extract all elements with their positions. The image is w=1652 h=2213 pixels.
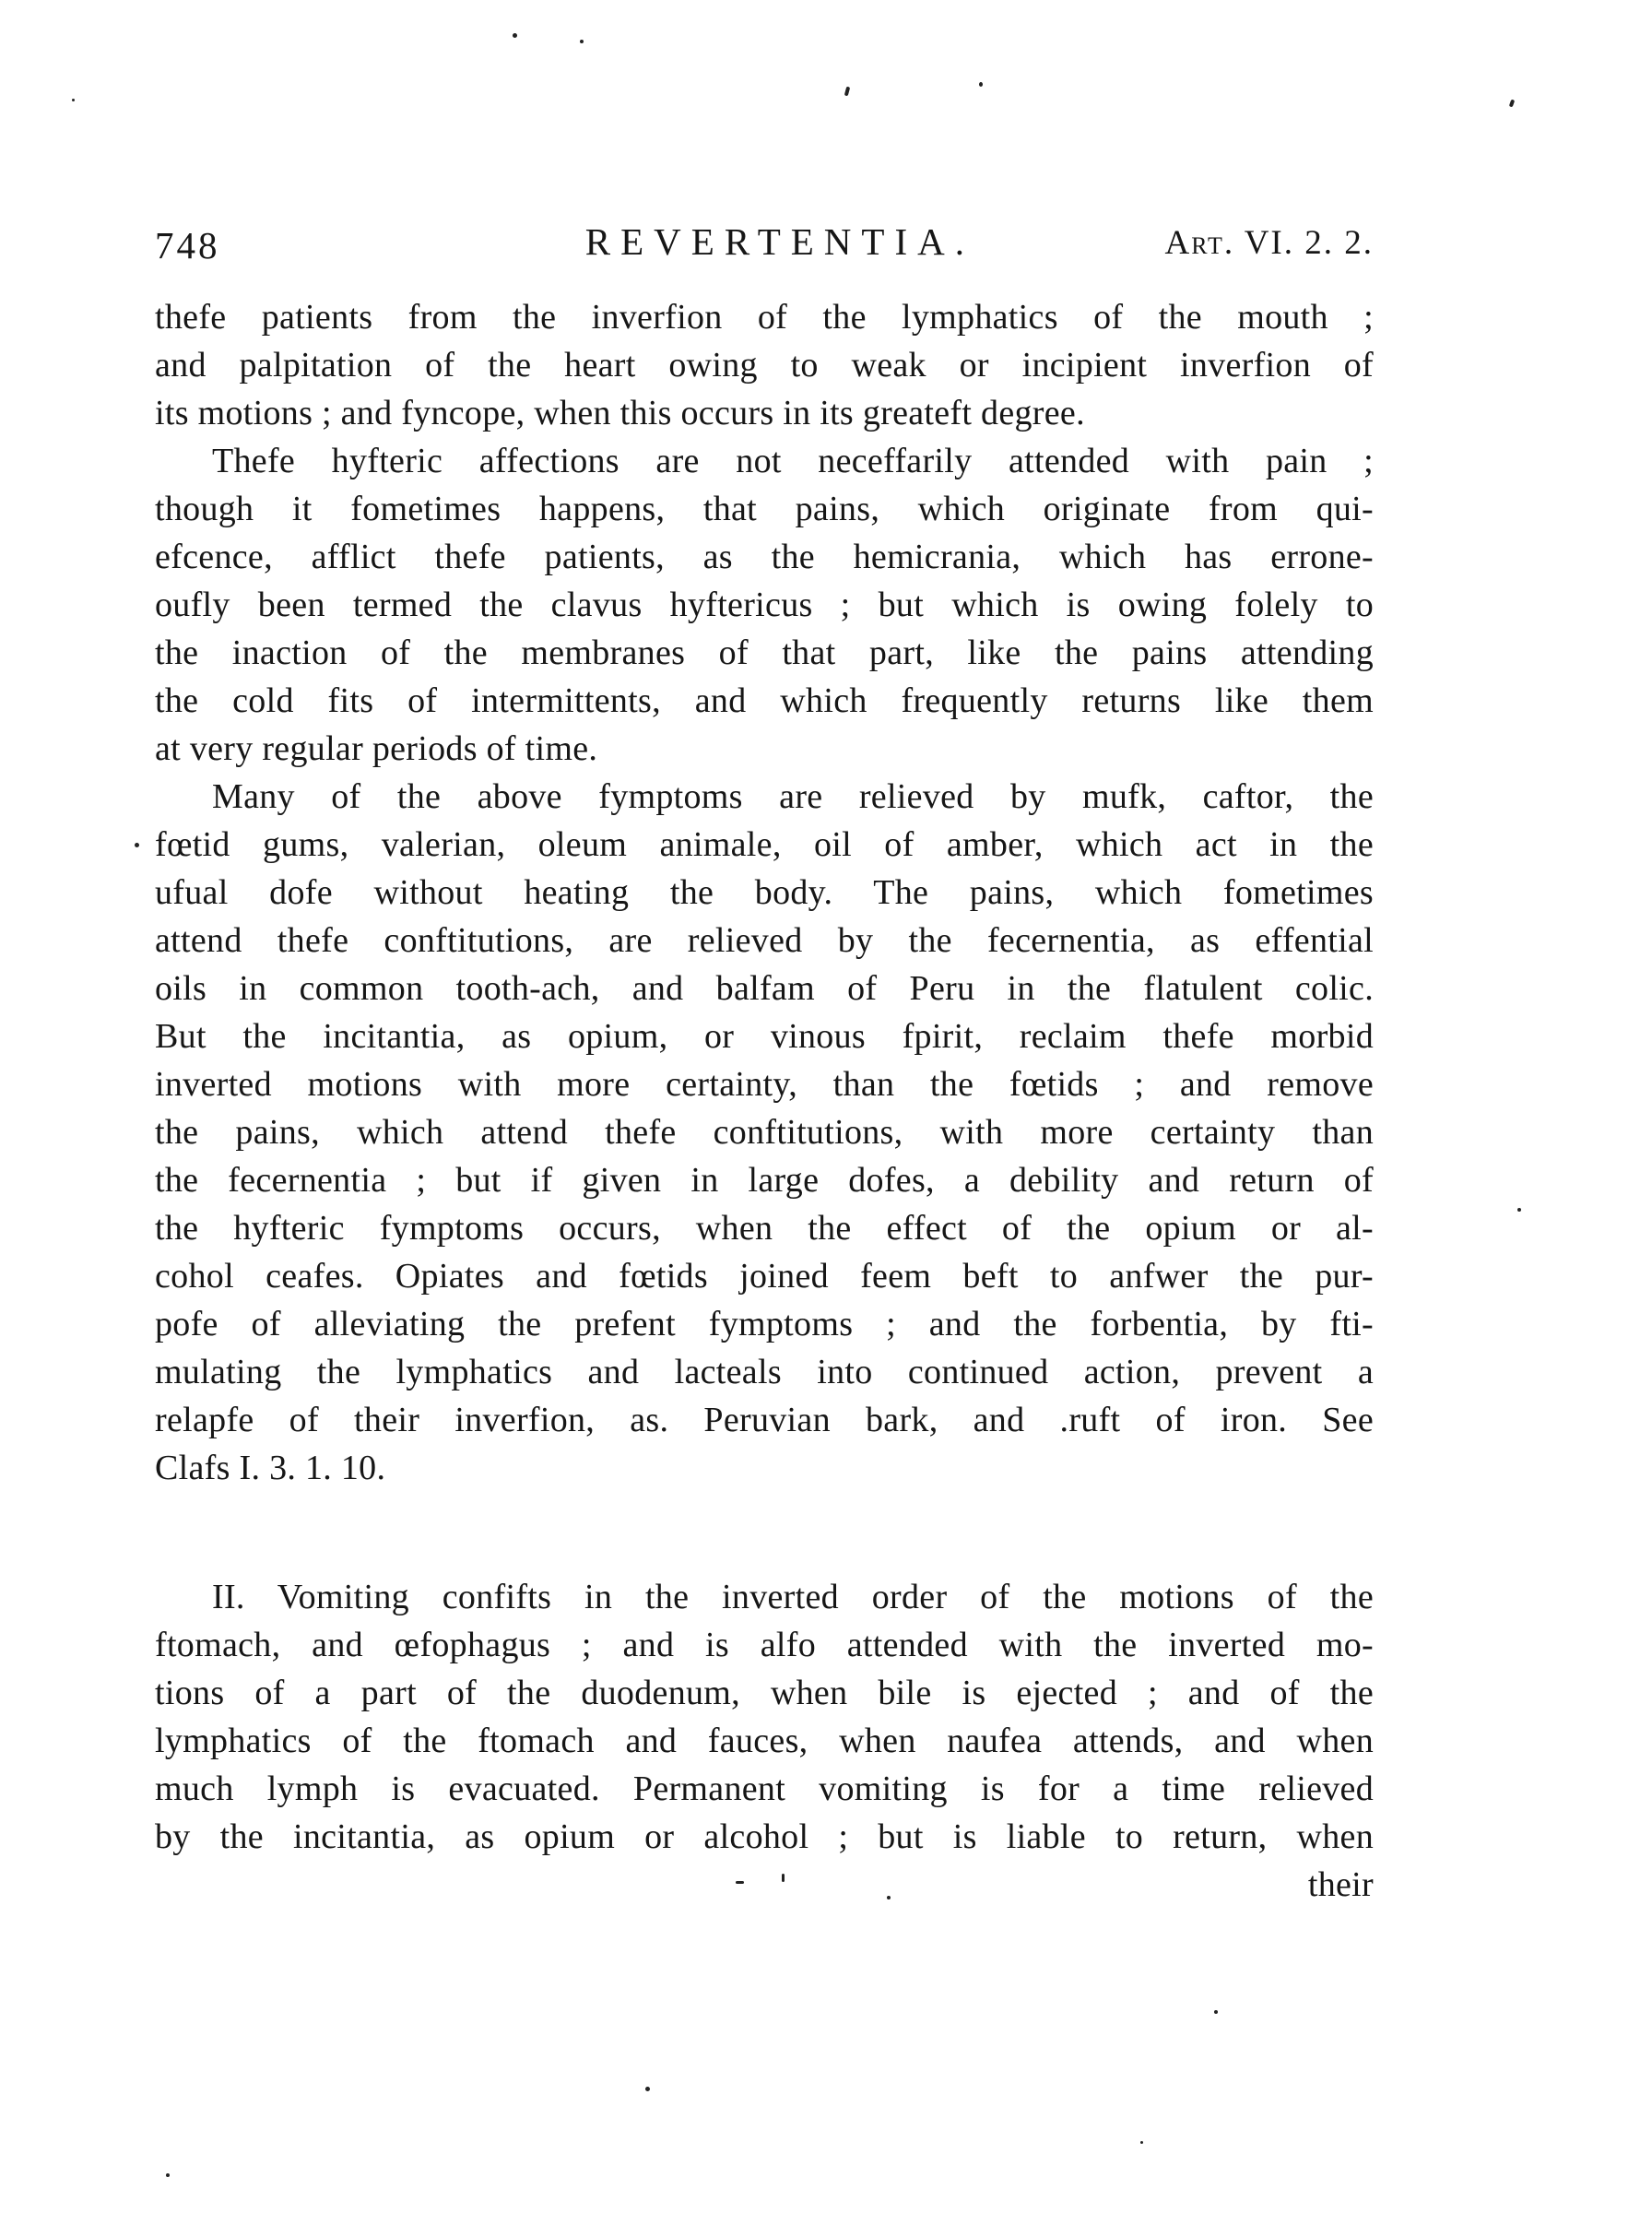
running-title: REVERTENTIA. [585, 219, 974, 264]
text-line: lymphatics of the ftomach and fauces, wh… [155, 1717, 1374, 1765]
text-line: But the incitantia, as opium, or vinous … [155, 1012, 1374, 1060]
text-line: the inaction of the membranes of that pa… [155, 629, 1374, 677]
paragraph: thefe patients from the inverfion of the… [155, 293, 1374, 437]
text-line: ftomach, and œfophagus ; and is alfo att… [155, 1621, 1374, 1669]
text-line: Clafs I. 3. 1. 10. [155, 1444, 1374, 1492]
text-line: Many of the above fymptoms are relieved … [155, 773, 1374, 821]
text-line: the hyfteric fymptoms occurs, when the e… [155, 1204, 1374, 1252]
text-line: at very regular periods of time. [155, 725, 1374, 773]
text-line: efcence, afflict thefe patients, as the … [155, 533, 1374, 581]
scan-speck [580, 40, 584, 43]
scan-speck [1509, 100, 1515, 108]
text-line: relapfe of their inverfion, as. Peruvian… [155, 1396, 1374, 1444]
text-line: and palpitation of the heart owing to we… [155, 341, 1374, 389]
text-line: tions of a part of the duodenum, when bi… [155, 1669, 1374, 1717]
text-line: cohol ceafes. Opiates and fœtids joined … [155, 1252, 1374, 1300]
scan-speck [135, 843, 139, 847]
scan-speck [1214, 2010, 1218, 2014]
text-line: by the incitantia, as opium or alcohol ;… [155, 1813, 1374, 1861]
scan-speck [72, 99, 75, 101]
scan-speck [736, 1881, 744, 1884]
text-line: II. Vomiting confifts in the inverted or… [155, 1573, 1374, 1621]
text-line: attend thefe conftitutions, are relieved… [155, 917, 1374, 964]
text-line: ufual dofe without heating the body. The… [155, 869, 1374, 917]
running-header: 748 REVERTENTIA. Art. VI. 2. 2. [155, 216, 1374, 267]
text-line: though it fometimes happens, that pains,… [155, 485, 1374, 533]
text-line: Thefe hyfteric affections are not neceff… [155, 437, 1374, 485]
paragraph: Thefe hyfteric affections are not neceff… [155, 437, 1374, 773]
text-line: thefe patients from the inverfion of the… [155, 293, 1374, 341]
text-line: oils in common tooth-ach, and balfam of … [155, 964, 1374, 1012]
text-line: much lymph is evacuated. Permanent vomit… [155, 1765, 1374, 1813]
text-line: fœtid gums, valerian, oleum animale, oil… [155, 821, 1374, 869]
article-reference: Art. VI. 2. 2. [1164, 223, 1374, 263]
scan-speck [844, 87, 850, 97]
paragraph: Many of the above fymptoms are relieved … [155, 773, 1374, 1492]
catchword: their [155, 1861, 1374, 1909]
scan-speck [166, 2173, 170, 2177]
paragraph: II. Vomiting confifts in the inverted or… [155, 1573, 1374, 1861]
page-number: 748 [155, 223, 220, 267]
text-line: the cold fits of intermittents, and whic… [155, 677, 1374, 725]
text-line: the pains, which attend thefe conftituti… [155, 1108, 1374, 1156]
scan-speck [782, 1874, 785, 1882]
scan-speck [979, 82, 983, 87]
text-line: mulating the lymphatics and lacteals int… [155, 1348, 1374, 1396]
scan-speck [1517, 1208, 1521, 1212]
text-line: the fecernentia ; but if given in large … [155, 1156, 1374, 1204]
scan-speck [887, 1896, 891, 1899]
scan-speck [645, 2087, 650, 2091]
scan-speck [513, 33, 517, 38]
text-line: pofe of alleviating the prefent fymptoms… [155, 1300, 1374, 1348]
text-line: inverted motions with more certainty, th… [155, 1060, 1374, 1108]
text-line: its motions ; and fyncope, when this occ… [155, 389, 1374, 437]
scan-speck [1140, 2141, 1143, 2144]
body-text: thefe patients from the inverfion of the… [155, 293, 1374, 1909]
book-page: 748 REVERTENTIA. Art. VI. 2. 2. thefe pa… [0, 0, 1652, 2213]
text-line: oufly been termed the clavus hyftericus … [155, 581, 1374, 629]
